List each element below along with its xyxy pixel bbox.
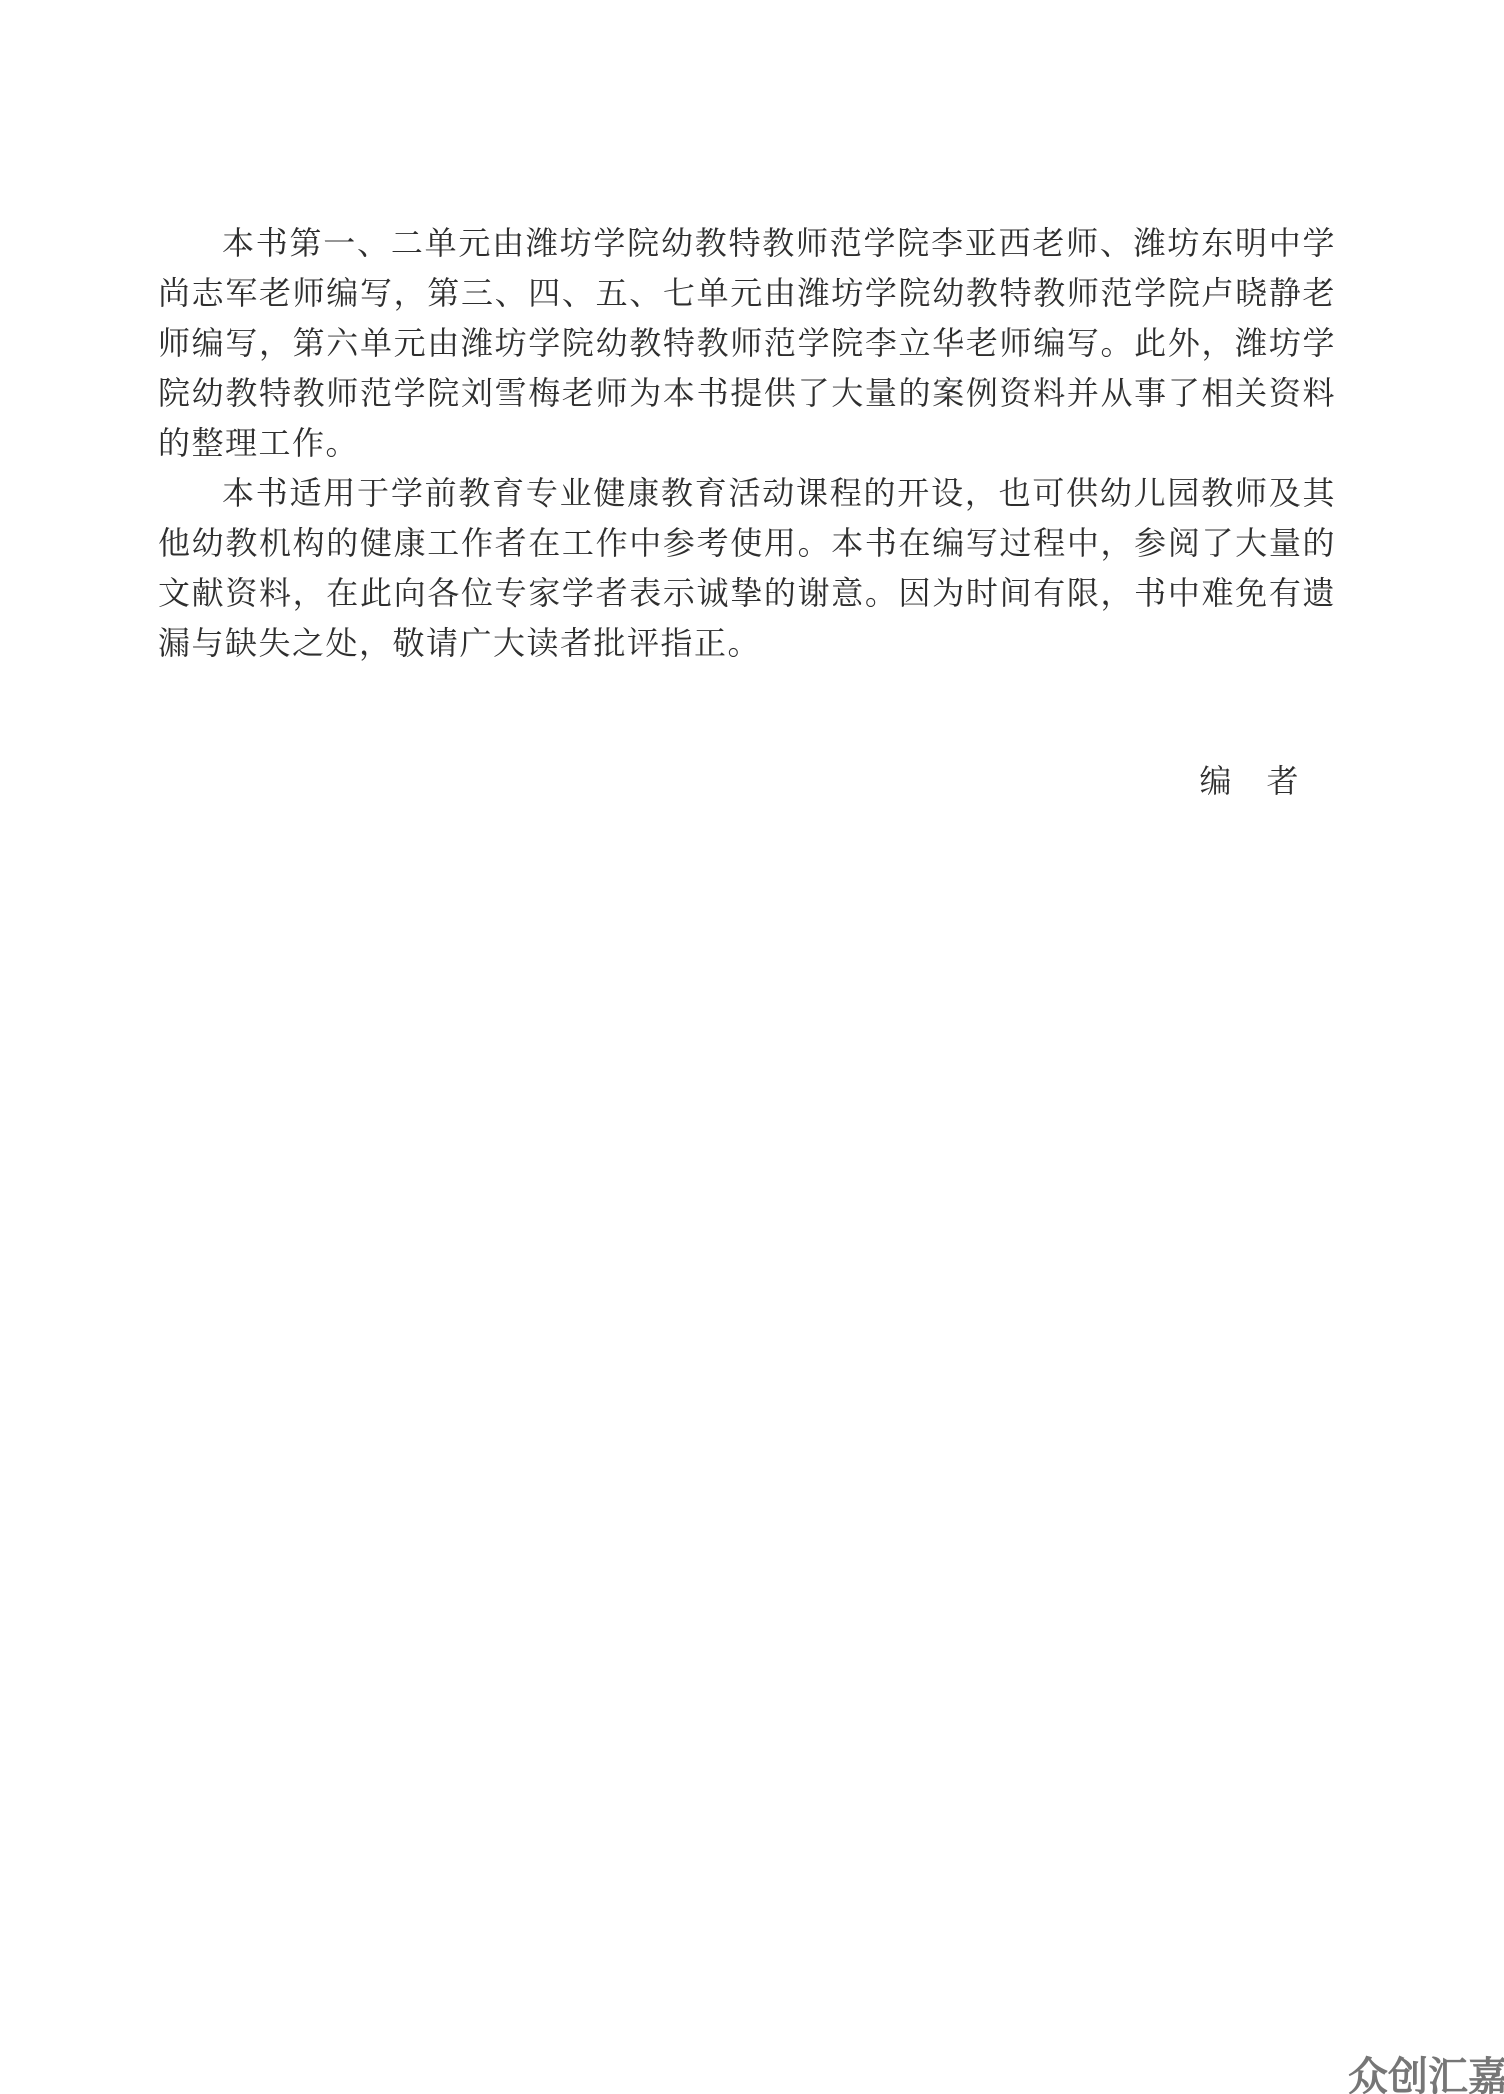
editor-signature: 编 者 [158, 756, 1336, 806]
watermark-logo: 众创汇嘉 [1348, 2045, 1504, 2094]
preface-text-block: 本书第一、二单元由潍坊学院幼教特教师范学院李亚西老师、潍坊东明中学尚志军老师编写… [158, 218, 1336, 806]
preface-paragraph-audience: 本书适用于学前教育专业健康教育活动课程的开设，也可供幼儿园教师及其他幼教机构的健… [158, 468, 1336, 668]
document-page: 本书第一、二单元由潍坊学院幼教特教师范学院李亚西老师、潍坊东明中学尚志军老师编写… [0, 0, 1504, 2094]
preface-paragraph-credits: 本书第一、二单元由潍坊学院幼教特教师范学院李亚西老师、潍坊东明中学尚志军老师编写… [158, 218, 1336, 468]
